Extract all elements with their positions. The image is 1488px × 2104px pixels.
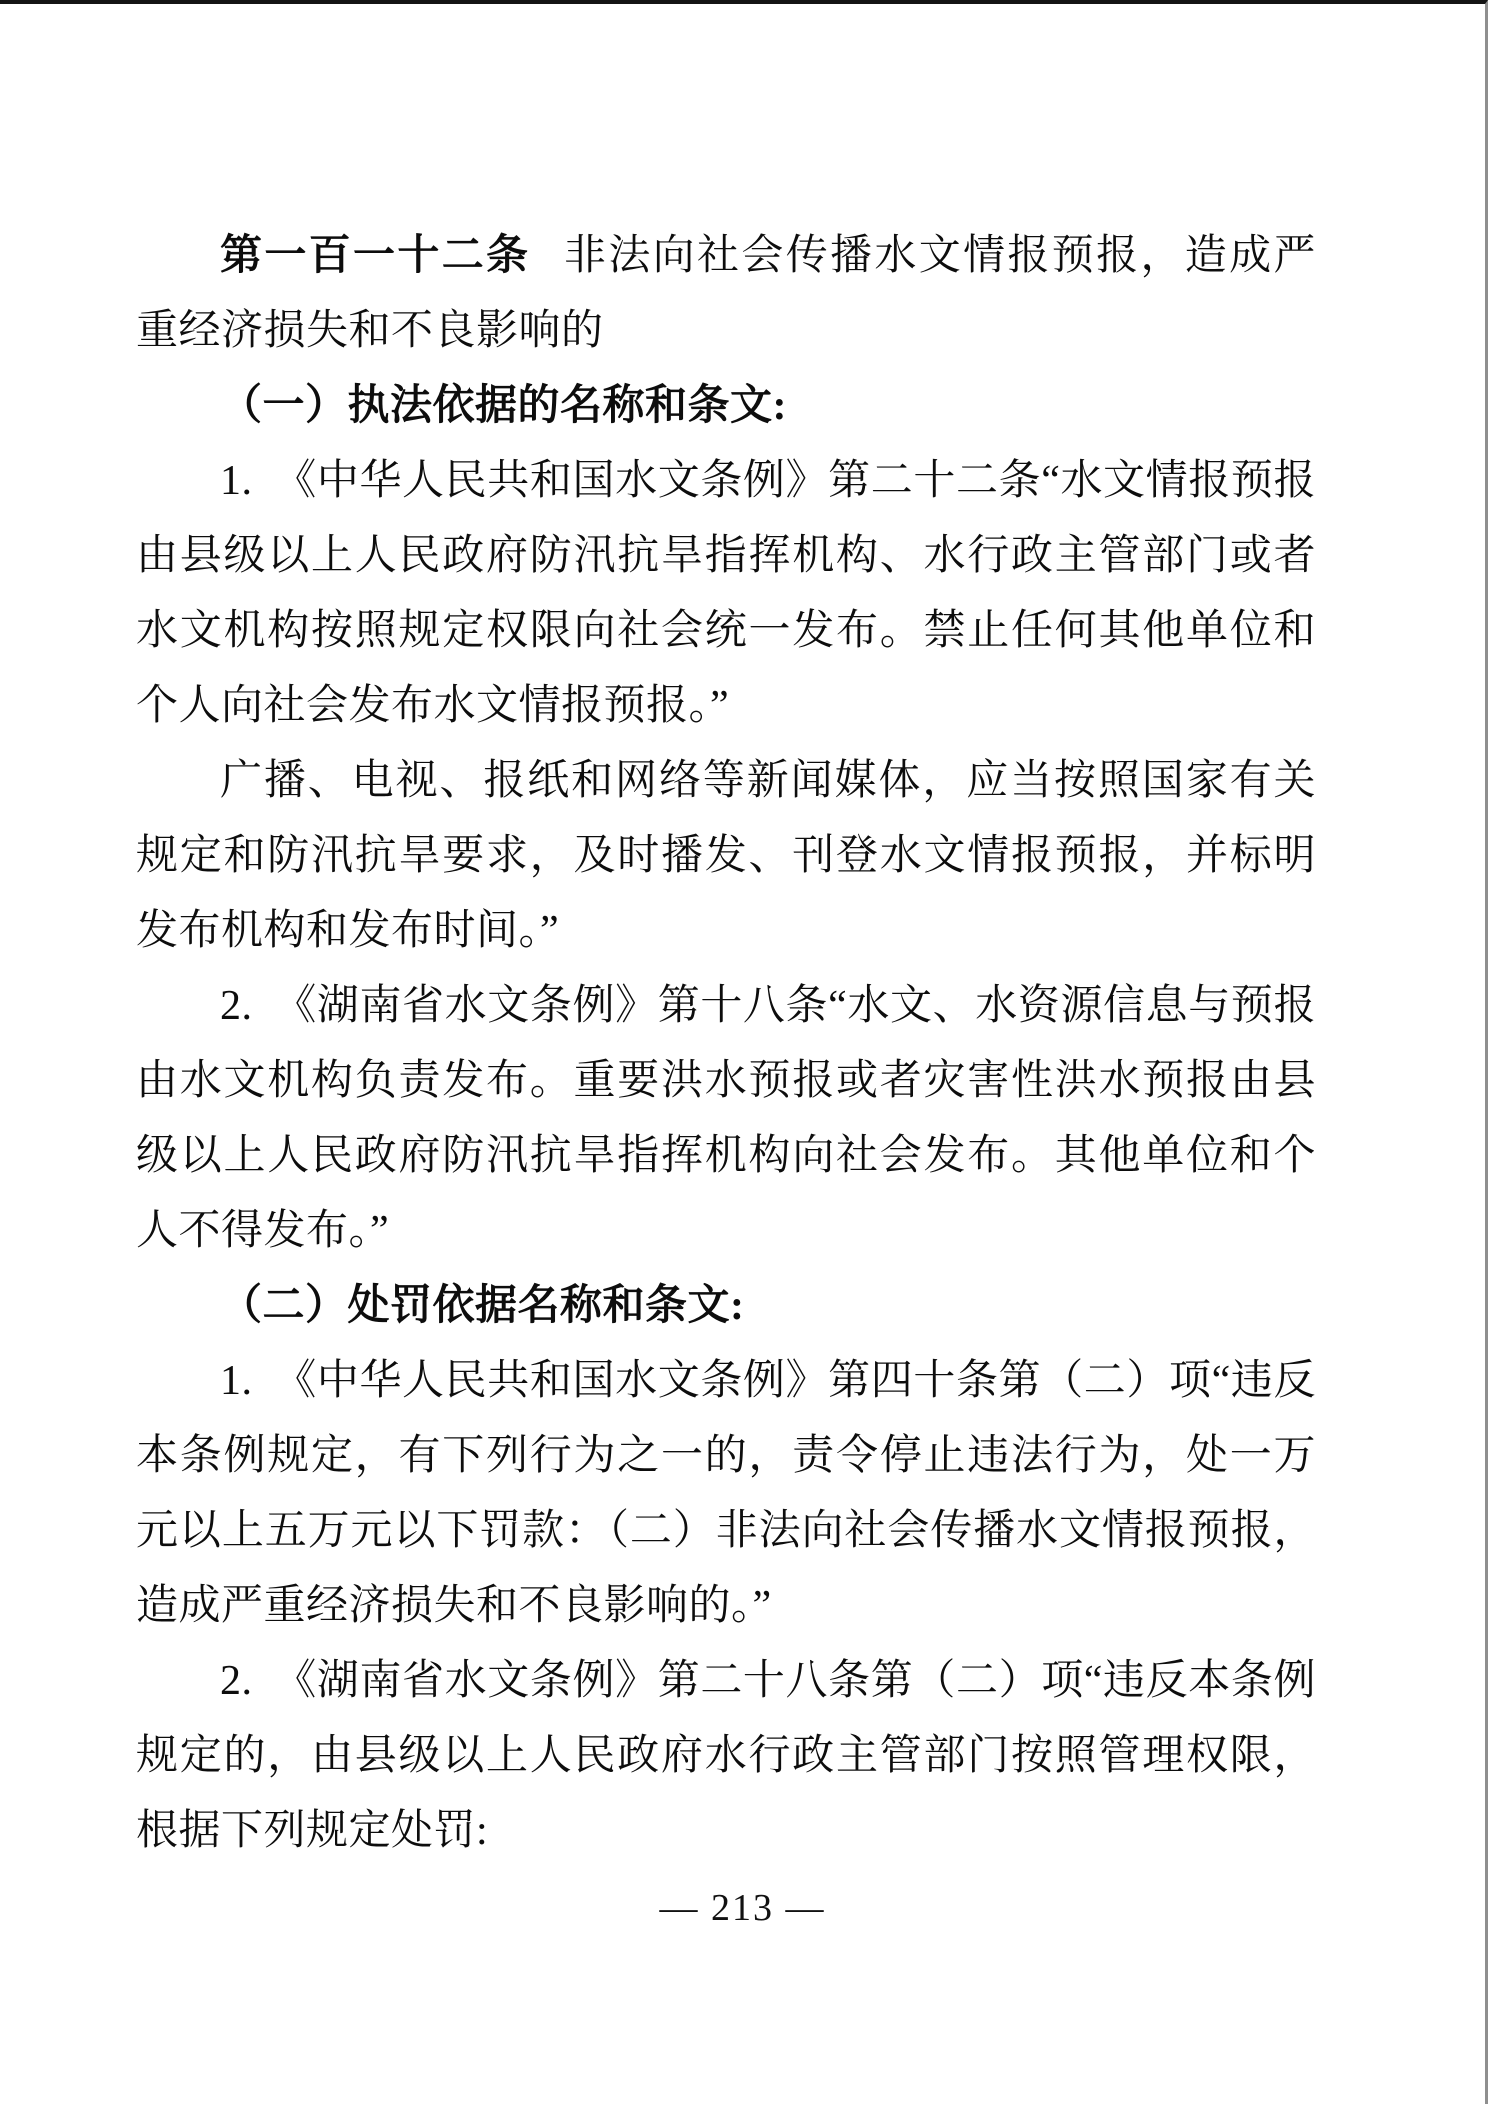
page-number: — 213 — xyxy=(0,1886,1485,1930)
section-2-paragraph-2: 2. 《湖南省水文条例》第二十八条第（二）项“违反本条例规定的，由县级以上人民政… xyxy=(136,1644,1316,1869)
section-2-heading: （二）处罚依据名称和条文: xyxy=(136,1269,1316,1344)
section-1-heading: （一）执法依据的名称和条文: xyxy=(136,369,1316,444)
article-number: 第一百一十二条 xyxy=(220,233,530,279)
page-content: 第一百一十二条非法向社会传播水文情报预报，造成严重经济损失和不良影响的 （一）执… xyxy=(136,219,1316,1869)
section-1-paragraph-1: 1. 《中华人民共和国水文条例》第二十二条“水文情报预报由县级以上人民政府防汛抗… xyxy=(136,444,1316,744)
section-2-paragraph-1: 1. 《中华人民共和国水文条例》第四十条第（二）项“违反本条例规定，有下列行为之… xyxy=(136,1344,1316,1644)
section-1-paragraph-2: 广播、电视、报纸和网络等新闻媒体，应当按照国家有关规定和防汛抗旱要求，及时播发、… xyxy=(136,744,1316,969)
section-1-paragraph-3: 2. 《湖南省水文条例》第十八条“水文、水资源信息与预报由水文机构负责发布。重要… xyxy=(136,969,1316,1269)
article-title-paragraph: 第一百一十二条非法向社会传播水文情报预报，造成严重经济损失和不良影响的 xyxy=(136,219,1316,369)
document-page: 第一百一十二条非法向社会传播水文情报预报，造成严重经济损失和不良影响的 （一）执… xyxy=(0,0,1488,2104)
